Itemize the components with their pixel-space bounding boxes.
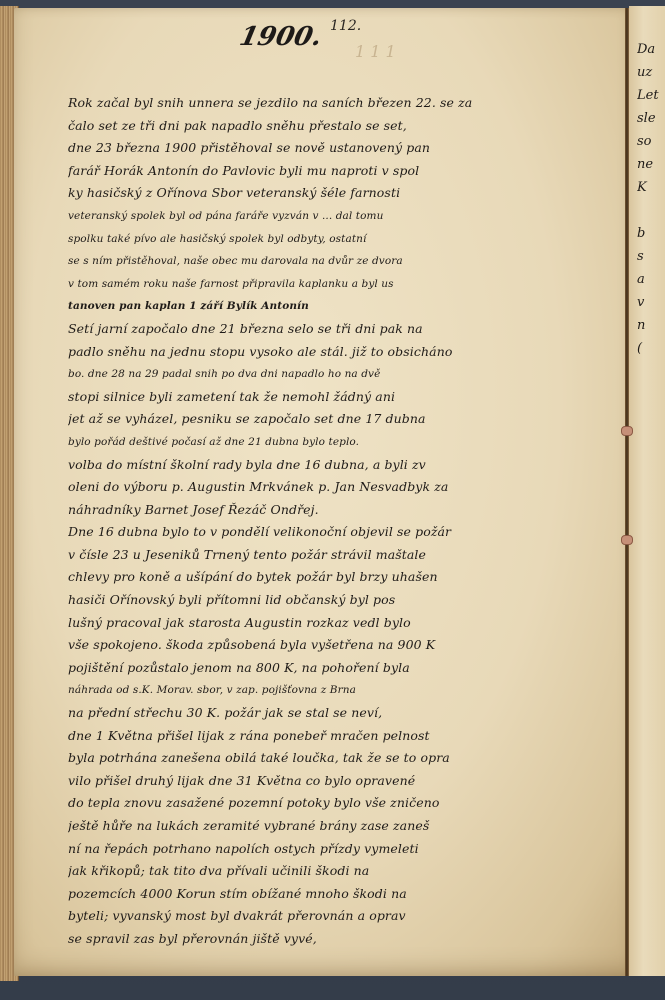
text-line: bo. dne 28 na 29 padal snih po dva dni n… bbox=[68, 363, 620, 386]
text-line: bylo pořád deštivé počasí až dne 21 dubn… bbox=[68, 431, 620, 454]
text-line: jak křikopů; tak tito dva přívali učinil… bbox=[68, 860, 620, 883]
text-line: spolku také pívo ale hasičský spolek byl… bbox=[68, 228, 620, 251]
facing-fragment: ne bbox=[637, 153, 665, 176]
signature-line: tanoven pan kaplan 1 září Bylík Antonín bbox=[68, 295, 620, 318]
facing-page-text: Da uz Let sle so ne K b s a v n ( bbox=[637, 38, 665, 360]
text-line: volba do místní školní rady byla dne 16 … bbox=[68, 454, 620, 477]
facing-fragment: K bbox=[637, 176, 665, 199]
text-line: farář Horák Antonín do Pavlovic byli mu … bbox=[68, 160, 620, 183]
text-line: dne 23 března 1900 přistěhoval se nově u… bbox=[68, 137, 620, 160]
binding-thread-top bbox=[621, 426, 633, 436]
facing-fragment bbox=[637, 199, 665, 222]
text-line: veteranský spolek byl od pána faráře vyz… bbox=[68, 205, 620, 228]
text-line: čalo set ze tři dni pak napadlo sněhu př… bbox=[68, 115, 620, 138]
text-line: jet až se vyházel, pesniku se započalo s… bbox=[68, 408, 620, 431]
facing-fragment: Da bbox=[637, 38, 665, 61]
text-line: stopi silnice byli zametení tak že nemoh… bbox=[68, 386, 620, 409]
text-line: Rok začal byl snih unnera se jezdilo na … bbox=[68, 92, 620, 115]
text-line bbox=[68, 951, 620, 974]
text-line: dne 1 Května přišel lijak z rána ponebeř… bbox=[68, 725, 620, 748]
text-line: byteli; vyvanský most byl dvakrát přerov… bbox=[68, 905, 620, 928]
facing-fragment: sle bbox=[637, 107, 665, 130]
facing-fragment: uz bbox=[637, 61, 665, 84]
text-line: v tom samém roku naše farnost připravila… bbox=[68, 273, 620, 296]
handwritten-text-block: Rok začal byl snih unnera se jezdilo na … bbox=[68, 92, 620, 973]
text-line: ní na řepách potrhano napolích ostych př… bbox=[68, 838, 620, 861]
text-line: Setí jarní započalo dne 21 března selo s… bbox=[68, 318, 620, 341]
text-line: hasiči Ořínovský byli přítomni lid občan… bbox=[68, 589, 620, 612]
facing-fragment: v bbox=[637, 291, 665, 314]
text-line: byla potrhána zanešena obilá také loučka… bbox=[68, 747, 620, 770]
text-line: náhrada od s.K. Morav. sbor, v zap. poji… bbox=[68, 679, 620, 702]
text-line: se spravil zas byl přerovnán jiště vyvé, bbox=[68, 928, 620, 951]
text-line: vše spokojeno. škoda způsobená byla vyše… bbox=[68, 634, 620, 657]
text-line: ještě hůře na lukách zeramité vybrané br… bbox=[68, 815, 620, 838]
text-line: oleni do výboru p. Augustin Mrkvánek p. … bbox=[68, 476, 620, 499]
facing-fragment: a bbox=[637, 268, 665, 291]
text-line: pojištění pozůstalo jenom na 800 K, na p… bbox=[68, 657, 620, 680]
text-line: pozemcích 4000 Korun stím obížané mnoho … bbox=[68, 883, 620, 906]
facing-fragment: Let bbox=[637, 84, 665, 107]
text-line: v čísle 23 u Jeseniků Trnený tento požár… bbox=[68, 544, 620, 567]
text-line: padlo sněhu na jednu stopu vysoko ale st… bbox=[68, 341, 620, 364]
text-line: vilo přišel druhý lijak dne 31 Května co… bbox=[68, 770, 620, 793]
text-line: Dne 16 dubna bylo to v pondělí velikonoč… bbox=[68, 521, 620, 544]
facing-fragment: s bbox=[637, 245, 665, 268]
text-line: se s ním přistěhoval, naše obec mu darov… bbox=[68, 250, 620, 273]
binding-thread-bottom bbox=[621, 535, 633, 545]
text-line: do tepla znovu zasažené pozemní potoky b… bbox=[68, 792, 620, 815]
text-line: na přední střechu 30 K. požár jak se sta… bbox=[68, 702, 620, 725]
facing-fragment: n bbox=[637, 314, 665, 337]
page-year-heading: 1900. bbox=[237, 22, 325, 52]
bleed-through-mark: 1 1 1 bbox=[355, 42, 396, 61]
text-line: náhradníky Barnet Josef Řezáč Ondřej. bbox=[68, 499, 620, 522]
page-number: 112. bbox=[330, 18, 361, 34]
facing-fragment: ( bbox=[637, 337, 665, 360]
text-line: lušný pracoval jak starosta Augustin roz… bbox=[68, 612, 620, 635]
text-line: chlevy pro koně a ušípání do bytek požár… bbox=[68, 566, 620, 589]
facing-fragment: b bbox=[637, 222, 665, 245]
text-line: ky hasičský z Ořínova Sbor veteranský šé… bbox=[68, 182, 620, 205]
facing-fragment: so bbox=[637, 130, 665, 153]
